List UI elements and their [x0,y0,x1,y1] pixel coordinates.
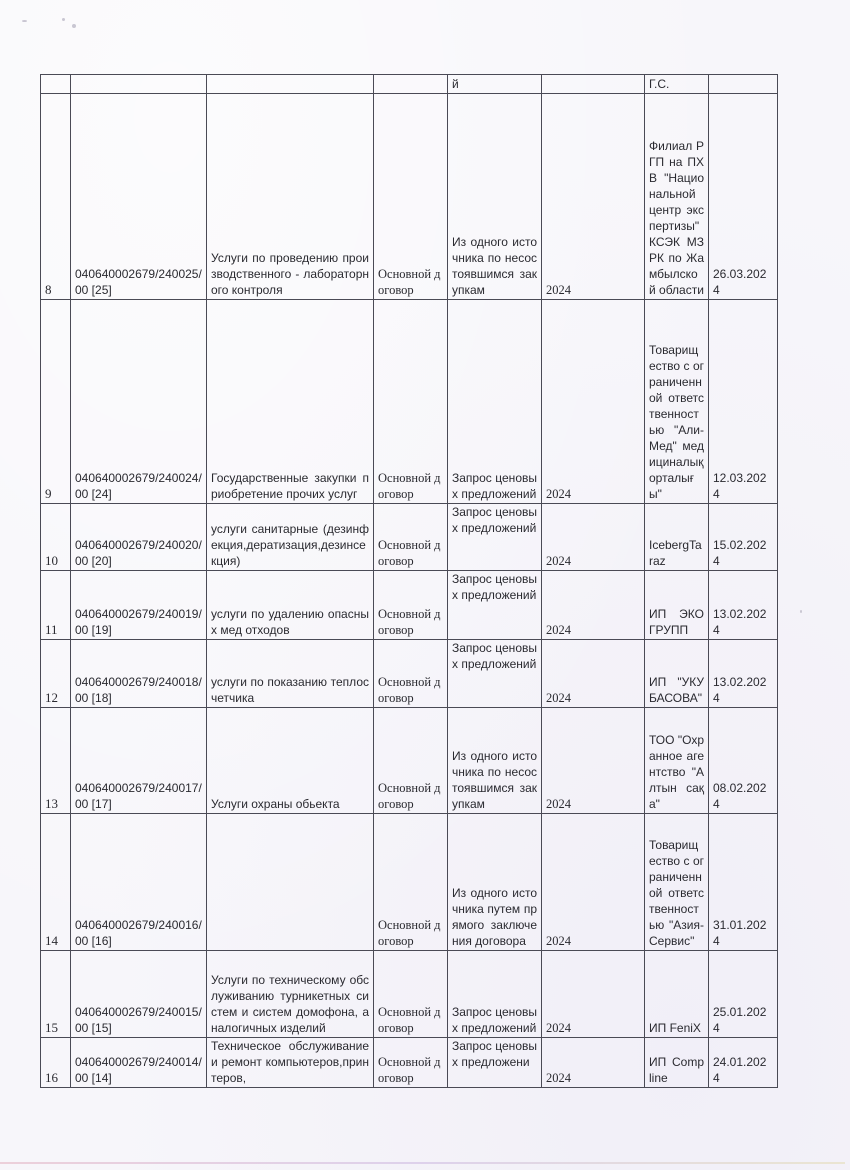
row-number: 12 [41,640,71,708]
row-number: 14 [41,814,71,951]
contract-type: Основной договор [374,708,448,814]
contract-date: 13.02.2024 [709,640,778,708]
contract-id: 040640002679/240014/00 [14] [71,1038,207,1088]
contract-type: Основной договор [374,640,448,708]
procurement-method: Запрос ценовых предложени [448,1038,542,1088]
contract-date: 26.03.2024 [709,94,778,300]
cell [709,75,778,94]
year: 2024 [542,94,645,300]
row-number: 15 [41,951,71,1038]
row-number: 11 [41,571,71,640]
scan-speck [62,18,65,21]
supplier-name: IcebergTaraz [645,504,709,571]
row-number: 8 [41,94,71,300]
year: 2024 [542,640,645,708]
procurement-method: Запрос ценовых предложений [448,571,542,640]
table-row: 8040640002679/240025/00 [25]Услуги по пр… [41,94,778,300]
scan-speck [22,20,27,22]
row-number: 10 [41,504,71,571]
table-row: 12040640002679/240018/00 [18]услуги по п… [41,640,778,708]
procurement-subject [207,814,374,951]
cell [71,75,207,94]
contract-id: 040640002679/240015/00 [15] [71,951,207,1038]
procurement-method: Из одного источника по несостоявшимся за… [448,708,542,814]
contract-type: Основной договор [374,814,448,951]
procurement-subject: услуги по удалению опасных мед отходов [207,571,374,640]
table-row: 13040640002679/240017/00 [17]Услуги охра… [41,708,778,814]
cell: Г.С. [645,75,709,94]
table-row: 9040640002679/240024/00 [24]Государствен… [41,300,778,504]
table-row: 16040640002679/240014/00 [14]Техническое… [41,1038,778,1088]
contract-date: 25.01.2024 [709,951,778,1038]
procurement-subject: Услуги по техническому обслуживанию турн… [207,951,374,1038]
procurement-method: Запрос ценовых предложений [448,951,542,1038]
contract-id: 040640002679/240016/00 [16] [71,814,207,951]
procurement-method: Запрос ценовых предложений [448,640,542,708]
continuation-row: й Г.С. [41,75,778,94]
procurement-subject: Государственные закупки приобретение про… [207,300,374,504]
contract-id: 040640002679/240025/00 [25] [71,94,207,300]
contract-date: 12.03.2024 [709,300,778,504]
contract-type: Основной договор [374,504,448,571]
row-number: 9 [41,300,71,504]
year: 2024 [542,814,645,951]
procurement-subject: услуги санитарные (дезинфекция,дератизац… [207,504,374,571]
contract-date: 24.01.2024 [709,1038,778,1088]
supplier-name: Филиал РГП на ПХВ "Национальной центр эк… [645,94,709,300]
contract-date: 08.02.2024 [709,708,778,814]
contract-type: Основной договор [374,94,448,300]
year: 2024 [542,300,645,504]
procurement-subject: Услуги по проведению производственного -… [207,94,374,300]
cell [41,75,71,94]
table-row: 14040640002679/240016/00 [16]Основной до… [41,814,778,951]
supplier-name: ИП Compline [645,1038,709,1088]
contract-date: 15.02.2024 [709,504,778,571]
cell [374,75,448,94]
procurement-method: Запрос ценовых предложений [448,300,542,504]
supplier-name: Товарищество с ограниченной ответственно… [645,814,709,951]
contract-type: Основной договор [374,1038,448,1088]
row-number: 16 [41,1038,71,1088]
procurement-subject: Техническое обслуживание и ремонт компью… [207,1038,374,1088]
contract-date: 31.01.2024 [709,814,778,951]
supplier-name: Товарищество с ограниченной ответственно… [645,300,709,504]
contract-id: 040640002679/240020/00 [20] [71,504,207,571]
year: 2024 [542,571,645,640]
table-row: 15040640002679/240015/00 [15]Услуги по т… [41,951,778,1038]
cell [207,75,374,94]
year: 2024 [542,951,645,1038]
cell: й [448,75,542,94]
supplier-name: ИП FeniX [645,951,709,1038]
procurement-subject: услуги по показанию теплосчетчика [207,640,374,708]
scan-speck [72,24,76,28]
procurement-method: Запрос ценовых предложений [448,504,542,571]
cell [542,75,645,94]
contract-type: Основной договор [374,571,448,640]
contract-id: 040640002679/240017/00 [17] [71,708,207,814]
table-row: 10040640002679/240020/00 [20]услуги сани… [41,504,778,571]
contract-id: 040640002679/240019/00 [19] [71,571,207,640]
contract-date: 13.02.2024 [709,571,778,640]
year: 2024 [542,708,645,814]
table-row: 11040640002679/240019/00 [19]услуги по у… [41,571,778,640]
supplier-name: ТОО "Охранное агентство "Алтын сақа" [645,708,709,814]
contract-type: Основной договор [374,300,448,504]
supplier-name: ИП "УКУБАСОВА" [645,640,709,708]
contract-id: 040640002679/240018/00 [18] [71,640,207,708]
procurement-subject: Услуги охраны обьекта [207,708,374,814]
row-number: 13 [41,708,71,814]
scan-edge-line [0,1162,845,1164]
procurement-method: Из одного источника по несостоявшимся за… [448,94,542,300]
procurement-table: й Г.С. 8040640002679/240025/00 [25]Услуг… [40,74,778,1088]
scan-speck [800,610,802,613]
supplier-name: ИП ЭКО ГРУПП [645,571,709,640]
procurement-method: Из одного источника путем прямого заключ… [448,814,542,951]
contract-type: Основной договор [374,951,448,1038]
year: 2024 [542,504,645,571]
year: 2024 [542,1038,645,1088]
contract-id: 040640002679/240024/00 [24] [71,300,207,504]
